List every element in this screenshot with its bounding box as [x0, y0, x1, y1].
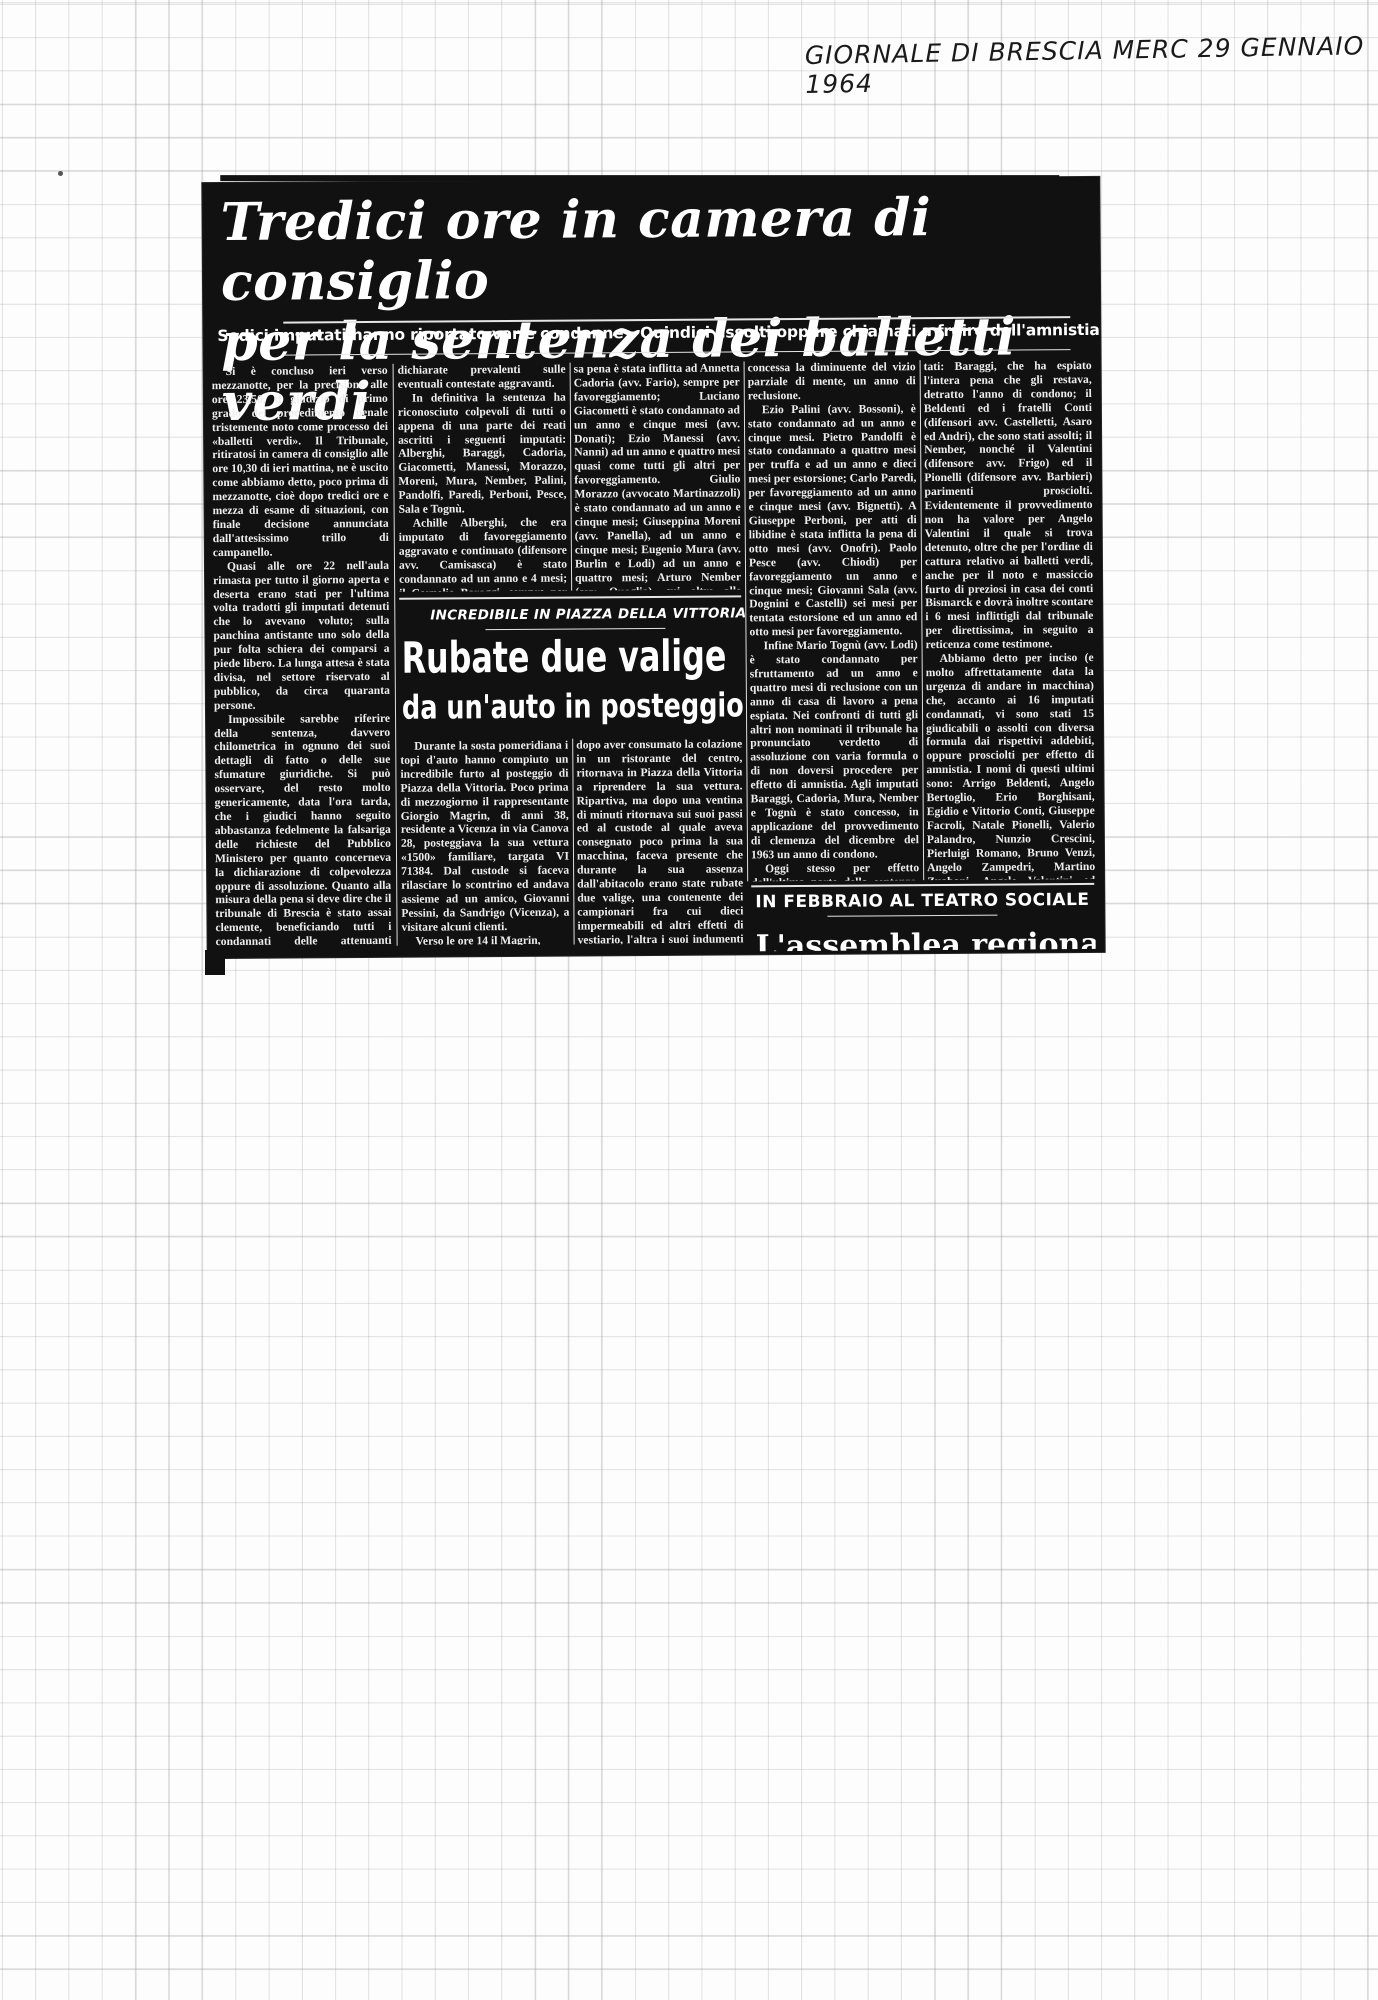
section-rule — [751, 883, 1094, 887]
clipping-edge — [220, 175, 1059, 181]
paragraph: Ezio Palini (avv. Bossoni), è stato cond… — [748, 402, 918, 640]
article-column-4: concessa la diminuente del vizio parzial… — [748, 360, 920, 881]
column-divider — [572, 739, 574, 945]
article2-column-2: dopo aver consumato la colazione in un r… — [576, 737, 743, 944]
paragraph: tati: Baraggi, che ha espiato l'intera p… — [924, 359, 1094, 652]
paragraph: sa pena è stata inflitta ad Annetta Cado… — [574, 361, 742, 590]
paragraph: Achille Alberghi, che era imputato di fa… — [399, 516, 568, 592]
article-column-2: dichiarate prevalenti sulle eventuali co… — [398, 363, 568, 592]
section-rule — [399, 595, 741, 599]
newspaper-clipping: Tredici ore in camera di consiglio per l… — [202, 177, 1104, 958]
paragraph: Si è concluso ieri verso mezzanotte, per… — [212, 364, 389, 560]
article-column-5: tati: Baraggi, che ha espiato l'intera p… — [924, 359, 1096, 880]
paragraph: dichiarate prevalenti sulle eventuali co… — [398, 363, 566, 392]
paragraph: Quasi alle ore 22 nell'aula rimasta per … — [213, 559, 390, 713]
kicker-rule — [827, 915, 997, 917]
scan-speck — [58, 171, 63, 176]
article3-headline-partial: L'assemblea regionale — [756, 927, 1096, 951]
handwritten-note: GIORNALE DI BRESCIA MERC 29 GENNAIO 1964 — [805, 31, 1378, 99]
paragraph: Impossibile sarebbe riferire della sente… — [214, 711, 392, 947]
paragraph: concessa la diminuente del vizio parzial… — [748, 360, 916, 403]
headline-line-1: Tredici ore in camera di consiglio — [220, 187, 1090, 313]
article-column-3: sa pena è stata inflitta ad Annetta Cado… — [574, 361, 742, 590]
paragraph: Infine Mario Tognù (avv. Lodi) è stato c… — [750, 638, 920, 862]
article2-headline-line-2: da un'auto in posteggio — [402, 685, 744, 726]
paragraph: dopo aver consumato la colazione in un r… — [576, 737, 743, 944]
paragraph: Verso le ore 14 il Magrin, — [402, 933, 570, 945]
article2-column-1: Durante la sosta pomeridiana i topi d'au… — [400, 739, 569, 946]
paragraph: Durante la sosta pomeridiana i topi d'au… — [400, 739, 569, 935]
article-column-1: Si è concluso ieri verso mezzanotte, per… — [212, 364, 392, 947]
clipping-corner — [205, 950, 225, 975]
article2-kicker: INCREDIBILE IN PIAZZA DELLA VITTORIA — [430, 605, 746, 623]
kicker-rule — [485, 628, 665, 630]
paragraph: Oggi stesso per effetto dell'ultima part… — [751, 861, 919, 882]
column-divider — [393, 364, 398, 946]
article3-kicker: IN FEBBRAIO AL TEATRO SOCIALE — [755, 890, 1089, 912]
paragraph: In definitiva la sentenza ha riconosciut… — [398, 390, 567, 516]
paragraph: Abbiamo detto per inciso (e molto affret… — [926, 651, 1096, 880]
article2-headline-line-1: Rubate due valige — [401, 631, 726, 683]
